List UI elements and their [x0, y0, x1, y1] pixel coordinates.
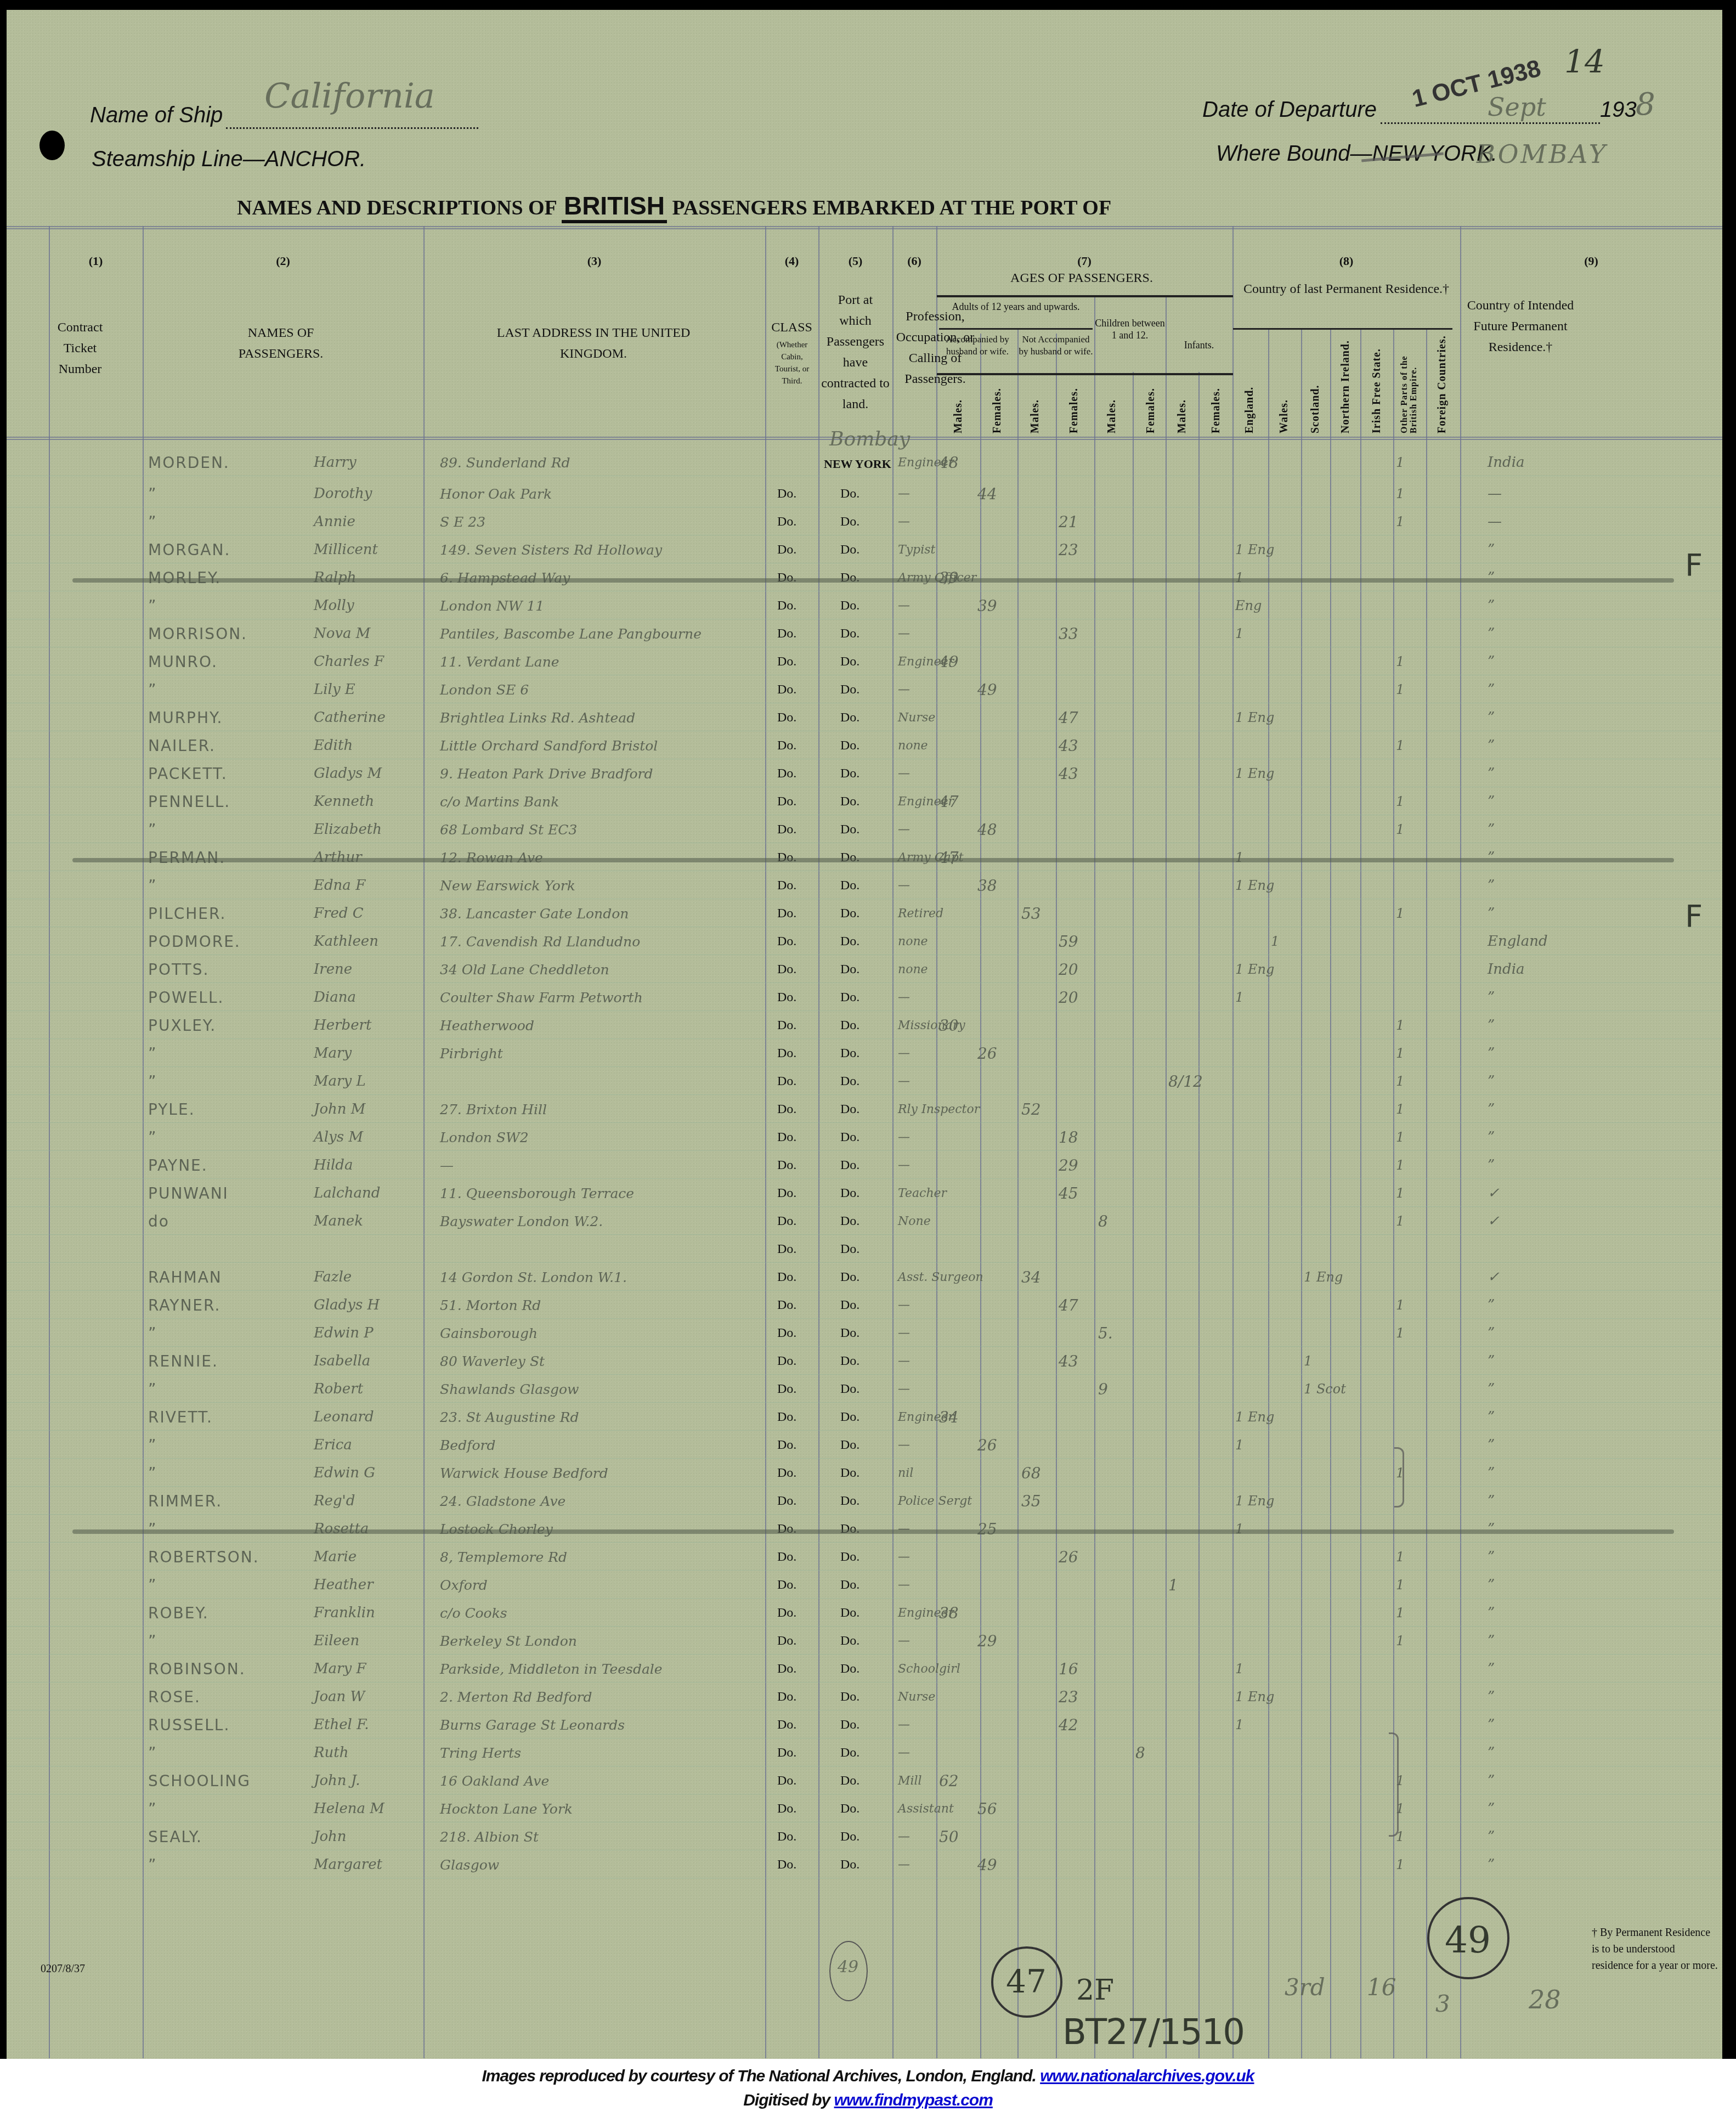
departure-label: Date of Departure: [1202, 98, 1377, 122]
passenger-given-name: Fazle: [314, 1263, 352, 1291]
last-address: 2. Merton Rd Bedford: [440, 1683, 592, 1711]
age-value: 20: [1059, 956, 1078, 984]
last-address: Berkeley St London: [440, 1627, 577, 1655]
passenger-given-name: Kenneth: [314, 788, 374, 816]
passenger-surname: POWELL.: [148, 984, 224, 1012]
class-value: Do.: [777, 1124, 796, 1151]
occupation: —: [898, 1375, 910, 1403]
row-rule: [7, 1850, 1722, 1850]
residence-mark: 1: [1396, 480, 1404, 508]
occupation: —: [898, 1543, 910, 1571]
table-row: ”Lily ELondon SE 6Do.Do.—491”: [7, 676, 1722, 704]
age-value: 56: [977, 1795, 997, 1823]
class-value: Do.: [777, 1431, 796, 1459]
table-row: ”AnnieS E 23Do.Do.—211—: [7, 508, 1722, 536]
col3-number: (3): [423, 254, 765, 268]
country-northern-ireland: Northern Ireland.: [1339, 339, 1352, 433]
table-row: ”Alys MLondon SW2Do.Do.—181”: [7, 1124, 1722, 1151]
occupation: Police Sergt: [898, 1487, 972, 1515]
occupation: —: [898, 1571, 910, 1599]
last-address: —: [440, 1151, 454, 1179]
age-value: 48: [977, 816, 997, 844]
findmypast-link[interactable]: www.findmypast.com: [834, 2091, 993, 2109]
not-accompanied-label: Not Accompanied by husband or wife.: [1017, 334, 1094, 358]
port-value: Do.: [840, 1627, 859, 1655]
table-row: ROBERTSON.Marie8, Templemore RdDo.Do.—26…: [7, 1543, 1722, 1571]
class-value: Do.: [777, 1767, 796, 1795]
age-value: 1: [1168, 1571, 1178, 1599]
age-value: 9: [1098, 1375, 1108, 1403]
country-other-british-empire: Other Parts of the British Empire.: [1400, 331, 1421, 433]
occupation: —: [898, 1627, 910, 1655]
class-value: Do.: [777, 1571, 796, 1599]
total-16: 16: [1367, 1974, 1396, 2001]
table-row: ”RuthTring HertsDo.Do.—8”: [7, 1739, 1722, 1767]
port-value: Do.: [840, 1375, 859, 1403]
residence-mark: 1 Eng: [1235, 536, 1274, 564]
form-code: 0207/8/37: [41, 1963, 85, 1975]
passenger-given-name: Kathleen: [314, 928, 378, 956]
table-row: PENNELL.Kennethc/o Martins BankDo.Do.Eng…: [7, 788, 1722, 816]
port-value: Do.: [840, 704, 859, 732]
class-value: Do.: [777, 1179, 796, 1207]
intended-residence: ✓: [1488, 1263, 1500, 1291]
row-rule: [7, 1430, 1722, 1431]
passenger-given-name: Joan W: [314, 1683, 365, 1711]
col9-number: (9): [1460, 254, 1722, 268]
country-wales: Wales.: [1278, 339, 1291, 433]
row-rule: [7, 759, 1722, 759]
row-rule: [7, 899, 1722, 899]
ship-label: Name of Ship: [90, 103, 223, 128]
residence-mark: 1: [1396, 508, 1404, 536]
port-value: Do.: [840, 1571, 859, 1599]
row-rule: [7, 619, 1722, 619]
occupation: Retired: [898, 900, 943, 928]
occupation: —: [898, 676, 910, 704]
port-value: Do.: [840, 1683, 859, 1711]
port-value: Do.: [840, 1739, 859, 1767]
intended-residence: ”: [1488, 1795, 1495, 1823]
residence-mark: 1: [1396, 1571, 1404, 1599]
passenger-surname: PILCHER.: [148, 900, 226, 928]
residence-mark: 1: [1396, 1068, 1404, 1096]
residence-mark: 1: [1235, 620, 1243, 648]
row-rule: [7, 1290, 1722, 1291]
row-rule: [7, 1486, 1722, 1487]
class-value: Do.: [777, 1375, 796, 1403]
class-value: Do.: [777, 1711, 796, 1739]
residence-mark: 1 Eng: [1304, 1263, 1343, 1291]
residence-mark: 1: [1396, 816, 1404, 844]
residence-mark: 1: [1396, 648, 1404, 676]
passenger-surname: ”: [148, 1319, 157, 1347]
occupation: Teacher: [898, 1179, 947, 1207]
port-value: Do.: [840, 1459, 859, 1487]
passenger-given-name: Leonard: [314, 1403, 374, 1431]
footnote-permanent-residence: † By Permanent Residence is to be unders…: [1592, 1924, 1718, 1974]
passenger-surname: NAILER.: [148, 732, 216, 760]
class-value: Do.: [777, 1487, 796, 1515]
intended-residence: India: [1488, 956, 1524, 984]
passenger-given-name: Gladys H: [314, 1291, 380, 1319]
passenger-given-name: Franklin: [314, 1599, 375, 1627]
occupation: none: [898, 956, 928, 984]
table-row: SEALY.John218. Albion StDo.Do.—501”: [7, 1823, 1722, 1851]
passenger-surname: SEALY.: [148, 1823, 202, 1851]
passenger-surname: ”: [148, 1040, 157, 1068]
port-value: Do.: [840, 620, 859, 648]
margin-mark-f: F: [1685, 547, 1703, 583]
class-value: Do.: [777, 1599, 796, 1627]
row-rule: [7, 1318, 1722, 1319]
passenger-given-name: Marie: [314, 1543, 357, 1571]
residence-mark: 1 Eng: [1235, 1403, 1274, 1431]
residence-mark: 1: [1396, 1012, 1404, 1040]
port-value: Do.: [840, 1543, 859, 1571]
residence-mark: 1: [1235, 1431, 1243, 1459]
table-row: PILCHER.Fred C38. Lancaster Gate LondonD…: [7, 900, 1722, 928]
row-rule: [7, 1598, 1722, 1599]
intended-residence: ”: [1488, 816, 1495, 844]
title-part-2: PASSENGERS EMBARKED AT THE PORT OF: [672, 196, 1111, 219]
occupation: —: [898, 1040, 910, 1068]
last-address: 80 Waverley St: [440, 1347, 545, 1375]
passenger-list-sheet: Name of Ship California Steamship Line—A…: [7, 10, 1722, 2059]
occupation: —: [898, 1431, 910, 1459]
port-value: Do.: [840, 676, 859, 704]
row-rule: [7, 1402, 1722, 1403]
residence-mark: 1: [1396, 900, 1404, 928]
port-value: Do.: [840, 508, 859, 536]
age-value: 20: [1059, 984, 1078, 1012]
passenger-given-name: John M: [314, 1096, 365, 1124]
occupation: none: [898, 732, 928, 760]
age-value: 52: [1021, 1096, 1041, 1124]
row-rule: [7, 1570, 1722, 1571]
title-part-1: NAMES AND DESCRIPTIONS OF: [237, 196, 556, 219]
accompanied-label: Accompanied by husband or wife.: [939, 334, 1016, 358]
col1-label: Contract Ticket Number: [53, 317, 108, 380]
age-value: 42: [1059, 1711, 1078, 1739]
passenger-surname: ROBINSON.: [148, 1655, 246, 1683]
occupation: —: [898, 480, 910, 508]
passenger-surname: RENNIE.: [148, 1347, 218, 1375]
table-row: ”Elizabeth68 Lombard St EC3Do.Do.—481”: [7, 816, 1722, 844]
passenger-surname: POTTS.: [148, 956, 209, 984]
table-row: MORRISON.Nova MPantiles, Bascombe Lane P…: [7, 620, 1722, 648]
intended-residence: ”: [1488, 620, 1495, 648]
punch-hole: [39, 131, 65, 160]
passenger-given-name: Lalchand: [314, 1179, 380, 1207]
table-top-rule: [7, 226, 1722, 229]
children-label: Children between 1 and 12.: [1094, 317, 1166, 341]
port-value: Do.: [840, 480, 859, 508]
last-address: 9. Heaton Park Drive Bradford: [440, 760, 653, 788]
piece-reference: BT27/1510: [1062, 2012, 1244, 2053]
row-rule: [7, 1122, 1722, 1123]
passenger-surname: ”: [148, 1851, 157, 1879]
residence-mark: 1: [1304, 1347, 1312, 1375]
row-rule: [7, 1038, 1722, 1039]
row-rule: [7, 1822, 1722, 1822]
row-rule: [7, 1710, 1722, 1710]
col6-number: (6): [892, 254, 936, 268]
ages-header-rule: [937, 295, 1233, 297]
passenger-given-name: Edith: [314, 732, 353, 760]
page-number: 14: [1564, 43, 1605, 80]
last-address: Coulter Shaw Farm Petworth: [440, 984, 643, 1012]
row-rule: [7, 1738, 1722, 1738]
last-address: 23. St Augustine Rd: [440, 1403, 579, 1431]
males-label: Males.: [1029, 379, 1042, 433]
passenger-given-name: Mary L: [314, 1068, 366, 1096]
intended-residence: ”: [1488, 1319, 1495, 1347]
passenger-given-name: Heather: [314, 1571, 374, 1599]
passenger-surname: ”: [148, 1739, 157, 1767]
bracket-mark: [1389, 1732, 1399, 1837]
country-irish-free-state: Irish Free State.: [1371, 339, 1383, 433]
residence-mark: 1 Eng: [1235, 1683, 1274, 1711]
intended-residence: ”: [1488, 788, 1495, 816]
occupation: —: [898, 508, 910, 536]
passenger-surname: RAYNER.: [148, 1291, 220, 1319]
port-value: Do.: [840, 1096, 859, 1124]
port-value: Do.: [840, 1431, 859, 1459]
intended-residence: ”: [1488, 1851, 1495, 1879]
occupation: Assistant: [898, 1795, 954, 1823]
table-row: RENNIE.Isabella80 Waverley StDo.Do.—431”: [7, 1347, 1722, 1375]
table-row: SCHOOLINGJohn J.16 Oakland AveDo.Do.Mill…: [7, 1767, 1722, 1795]
residence-mark: Eng: [1235, 592, 1262, 620]
port-value: Do.: [840, 816, 859, 844]
table-row: ”EileenBerkeley St LondonDo.Do.—291”: [7, 1627, 1722, 1655]
age-value: 33: [1059, 620, 1078, 648]
passenger-surname: ROSE.: [148, 1683, 201, 1711]
intended-residence: ”: [1488, 1124, 1495, 1151]
residence-mark: 1: [1396, 1627, 1404, 1655]
col8-label: Country of last Permanent Residence.†: [1241, 279, 1452, 300]
passenger-surname: PENNELL.: [148, 788, 230, 816]
class-value: Do.: [777, 872, 796, 900]
last-address: New Earswick York: [440, 872, 575, 900]
intended-residence: ”: [1488, 1040, 1495, 1068]
passenger-given-name: Hilda: [314, 1151, 353, 1179]
national-archives-link[interactable]: www.nationalarchives.gov.uk: [1040, 2067, 1254, 2085]
row-rule: [7, 647, 1722, 647]
total-3: 3: [1435, 1990, 1450, 2017]
occupation: none: [898, 928, 928, 956]
occupation: —: [898, 760, 910, 788]
country-header-rule: [1233, 328, 1452, 330]
occupation: —: [898, 1124, 910, 1151]
occupation: —: [898, 1711, 910, 1739]
class-value: Do.: [777, 676, 796, 704]
passenger-given-name: John: [314, 1823, 347, 1851]
intended-residence: ”: [1488, 1403, 1495, 1431]
row-rule: [7, 1878, 1722, 1878]
col8-number: (8): [1232, 254, 1460, 268]
last-address: 16 Oakland Ave: [440, 1767, 549, 1795]
col4-label: CLASS: [765, 317, 818, 338]
table-row: POTTS.Irene34 Old Lane CheddletonDo.Do.n…: [7, 956, 1722, 984]
intended-residence: ”: [1488, 1151, 1495, 1179]
last-address: 11. Verdant Lane: [440, 648, 559, 676]
table-row: PODMORE.Kathleen17. Cavendish Rd Llandud…: [7, 928, 1722, 956]
port-value: Do.: [840, 1487, 859, 1515]
occupation: Asst. Surgeon: [898, 1263, 983, 1291]
table-row: ROBEY.Franklinc/o CooksDo.Do.Engineer381…: [7, 1599, 1722, 1627]
age-value: 29: [1059, 1151, 1078, 1179]
class-value: Do.: [777, 508, 796, 536]
age-value: 47: [939, 788, 959, 816]
port-value: Do.: [840, 536, 859, 564]
last-address: Burns Garage St Leonards: [440, 1711, 625, 1739]
passenger-given-name: Annie: [314, 508, 355, 536]
age-value: 34: [1021, 1263, 1041, 1291]
page-title: NAMES AND DESCRIPTIONS OF BRITISH PASSEN…: [237, 191, 1111, 221]
class-value: Do.: [777, 1235, 796, 1263]
intended-residence: ”: [1488, 760, 1495, 788]
total-28: 28: [1529, 1985, 1561, 2014]
row-rule: [7, 1262, 1722, 1263]
intended-residence: ”: [1488, 1096, 1495, 1124]
class-value: Do.: [777, 1263, 796, 1291]
passenger-surname: MORDEN.: [148, 449, 230, 477]
occupation: —: [898, 872, 910, 900]
steamship-line: Steamship Line—ANCHOR.: [92, 147, 366, 172]
row-rule: [7, 1794, 1722, 1794]
passenger-surname: ”: [148, 1571, 157, 1599]
port-value: Do.: [840, 592, 859, 620]
port-value: Do.: [840, 1291, 859, 1319]
port-value: Do.: [840, 1319, 859, 1347]
passenger-surname: ”: [148, 816, 157, 844]
passenger-surname: MUNRO.: [148, 648, 218, 676]
passenger-given-name: Mary: [314, 1040, 352, 1068]
port-value: Do.: [840, 1403, 859, 1431]
port-value: Do.: [840, 956, 859, 984]
intended-residence: ”: [1488, 1431, 1495, 1459]
intended-residence: ”: [1488, 1487, 1495, 1515]
col4-number: (4): [765, 254, 818, 268]
age-value: 29: [977, 1627, 997, 1655]
residence-mark: 1: [1396, 1207, 1404, 1235]
row-rule: [7, 1066, 1722, 1067]
country-foreign: Foreign Countries.: [1436, 331, 1449, 433]
class-value: Do.: [777, 480, 796, 508]
occupation: Schoolgirl: [898, 1655, 960, 1683]
port-value: Do.: [840, 1040, 859, 1068]
passenger-given-name: Elizabeth: [314, 816, 382, 844]
class-value: Do.: [777, 1823, 796, 1851]
col7-number: (7): [936, 254, 1232, 268]
residence-mark: 1 Eng: [1235, 956, 1274, 984]
intended-residence: ”: [1488, 1599, 1495, 1627]
row-rule: [7, 843, 1722, 843]
occupation: —: [898, 984, 910, 1012]
residence-mark: 1: [1396, 1291, 1404, 1319]
last-address: 89. Sunderland Rd: [440, 449, 570, 477]
image-credits: Images reproduced by courtesy of The Nat…: [0, 2059, 1736, 2117]
port-value: Do.: [840, 1823, 859, 1851]
males-label: Males.: [1176, 379, 1189, 433]
passenger-surname: RIMMER.: [148, 1487, 222, 1515]
margin-mark-f: F: [1685, 899, 1703, 934]
last-address: 11. Queensborough Terrace: [440, 1179, 634, 1207]
col5-number: (5): [818, 254, 892, 268]
last-address: Pantiles, Bascombe Lane Pangbourne: [440, 620, 702, 648]
port-value: Do.: [840, 1179, 859, 1207]
passenger-surname: ”: [148, 1124, 157, 1151]
last-address: 24. Gladstone Ave: [440, 1487, 566, 1515]
port-value: Do.: [840, 1767, 859, 1795]
passenger-surname: PAYNE.: [148, 1151, 208, 1179]
intended-residence: ”: [1488, 1683, 1495, 1711]
age-value: 26: [977, 1040, 997, 1068]
table-row: doManekBayswater London W.2.Do.Do.None81…: [7, 1207, 1722, 1235]
class-value: Do.: [777, 928, 796, 956]
port-value: Do.: [840, 648, 859, 676]
port-value: Do.: [840, 788, 859, 816]
total-occupation-value: 47: [1006, 1963, 1047, 2000]
age-value: 59: [1059, 928, 1078, 956]
intended-residence: ”: [1488, 1711, 1495, 1739]
ship-dotted-line: [226, 127, 478, 129]
port-value: Do.: [840, 1235, 859, 1263]
class-value: Do.: [777, 592, 796, 620]
intended-residence: ✓: [1488, 1207, 1500, 1235]
class-value: Do.: [777, 956, 796, 984]
class-value: Do.: [777, 1851, 796, 1879]
class-value: Do.: [777, 760, 796, 788]
age-value: 45: [1059, 1179, 1078, 1207]
intended-residence: ”: [1488, 1739, 1495, 1767]
residence-mark: 1: [1396, 1124, 1404, 1151]
residence-mark: 1 Eng: [1235, 872, 1274, 900]
passenger-given-name: Margaret: [314, 1851, 382, 1879]
intended-residence: ”: [1488, 704, 1495, 732]
table-row: PUNWANILalchand11. Queensborough Terrace…: [7, 1179, 1722, 1207]
table-row: RIMMER.Reg'd24. Gladstone AveDo.Do.Polic…: [7, 1487, 1722, 1515]
passenger-given-name: Fred C: [314, 900, 364, 928]
port-value: Do.: [840, 1655, 859, 1683]
intended-residence: ”: [1488, 1459, 1495, 1487]
port-value: Do.: [840, 1263, 859, 1291]
passenger-rows: MORDEN.Harry89. Sunderland RdEngineer481…: [7, 449, 1722, 1930]
table-row: MORGAN.Millicent149. Seven Sisters Rd Ho…: [7, 536, 1722, 564]
row-rule: [7, 787, 1722, 787]
age-value: 43: [1059, 732, 1078, 760]
residence-mark: 1: [1235, 984, 1243, 1012]
row-rule: [7, 983, 1722, 983]
port-value: Do.: [840, 1599, 859, 1627]
occupation: None: [898, 1207, 931, 1235]
passenger-given-name: Isabella: [314, 1347, 370, 1375]
passenger-surname: PYLE.: [148, 1096, 195, 1124]
passenger-surname: MORGAN.: [148, 536, 230, 564]
class-value: Do.: [777, 1459, 796, 1487]
row-rule: [7, 955, 1722, 955]
port-hand-bombay: Bombay: [829, 428, 910, 450]
last-address: 27. Brixton Hill: [440, 1096, 547, 1124]
intended-residence: ”: [1488, 984, 1495, 1012]
port-value: Do.: [840, 1711, 859, 1739]
year-prefix: 193: [1600, 98, 1637, 122]
passenger-surname: ”: [148, 592, 157, 620]
intended-residence: ”: [1488, 1767, 1495, 1795]
where-bound: Where Bound—NEW YORK.: [1216, 142, 1497, 166]
